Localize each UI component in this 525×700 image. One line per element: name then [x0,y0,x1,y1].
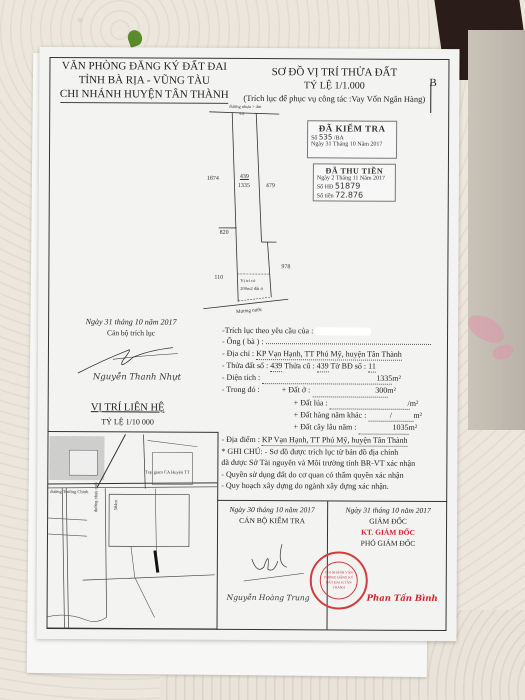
annual-value: / [368,410,413,423]
map-label-new-road: đường nhựa mới [93,482,98,512]
parcel-row: - Thửa đất số : 439 Thửa cũ : 439 Tờ BĐ … [222,360,447,373]
director-date: Ngày 31 tháng 10 năm 2017 [329,505,447,515]
checker-name: Nguyễn Hoàng Trung [227,593,310,602]
plot-parcel-area: 1335 [238,183,250,189]
annual-label: + Đất hàng năm khác : [294,410,367,419]
location-map: Trại giam CA Huyện TT đường Trường Chinh… [47,431,219,630]
province-name: TỈNH BÀ RỊA - VŨNG TÀU [54,73,234,88]
annual-unit: m² [413,411,422,420]
director-role: GIÁM ĐỐC [329,516,447,526]
owner-value [266,343,431,345]
document-title-block: SƠ ĐỒ VỊ TRÍ THỬA ĐẤT TỶ LỆ 1/1.000 (Trí… [229,66,439,106]
seal-text: CHI NHÁNH VĂN PHÒNG ĐĂNG KÝ ĐẤT ĐAI H.TÂ… [320,561,358,599]
location-value: KP Vạn Hạnh, TT Phú Mỹ, huyện Tân Thành [262,434,408,447]
checker-signature [242,539,312,584]
official-seal-icon: CHI NHÁNH VĂN PHÒNG ĐĂNG KÝ ĐẤT ĐAI H.TÂ… [310,551,368,609]
document-scale: TỶ LỆ 1/1.000 [229,79,439,93]
north-label: B [429,77,436,89]
perennial-value: 1035 [358,422,408,435]
office-name: VĂN PHÒNG ĐĂNG KÝ ĐẤT ĐAI [54,59,234,74]
rice-value: / [330,397,410,410]
old-parcel-value: 439 [317,360,329,372]
checker-date: Ngày 30 tháng 10 năm 2017 [217,505,327,515]
parcel-label: - Thửa đất số : [222,361,268,370]
residential-row: - Trong đó : + Đất ở : 300m² [222,384,447,397]
plot-neighbor-110: 110 [214,275,223,281]
address-label: - Địa chỉ : [222,348,254,357]
extractor-date: Ngày 31 tháng 10 năm 2017 [56,317,206,327]
plot-top-width: 9.8 [239,111,244,116]
old-parcel-label: Thửa cũ : [284,361,315,370]
land-plot-document: VĂN PHÒNG ĐĂNG KÝ ĐẤT ĐAI TỈNH BÀ RỊA - … [36,47,459,641]
area-unit: m² [392,374,401,383]
perennial-unit: m² [408,423,417,432]
address-row: - Địa chỉ : KP Vạn Hạnh, TT Phú Mỹ, huyệ… [222,347,447,360]
area-label: - Diện tích : [222,373,260,382]
parcel-value: 439 [270,360,282,372]
location-map-scale: TỶ LỆ 1/10 000 [58,417,198,427]
extractor-role: Cán bộ trích lục [56,328,206,338]
extractor-name: Nguyễn Thanh Nhựt [93,372,181,382]
signature-section: Ngày 30 tháng 10 năm 2017 CÁN BỘ KIỂM TR… [216,500,447,632]
plot-diagram: đường nhựa > 4m 9.8 1874 439 1335 479 82… [198,104,339,320]
plot-parcel-number: 439 [240,174,249,180]
address-value: KP Vạn Hạnh, TT Phú Mỹ, huyện Tân Thành [256,348,402,361]
residential-unit: m² [387,386,396,395]
director-kt: KT. GIÁM ĐỐC [329,527,447,537]
paid-stamp-amount: 72.876 [335,190,363,199]
rice-label: + Đất lúa : [294,398,328,407]
plot-note-line2: 200m2 đất ở [240,286,263,291]
plot-neighbor-978: 978 [281,264,290,270]
map-label-distance: 504m [113,500,118,510]
rice-unit: m² [410,399,419,408]
office-header: VĂN PHÒNG ĐĂNG KÝ ĐẤT ĐAI TỈNH BÀ RỊA - … [54,59,234,104]
in-which-label: - Trong đó : [222,385,260,394]
plot-road-label: đường nhựa > 4m [229,104,261,109]
rice-row: + Đất lúa : /m² [222,397,447,410]
location-map-drawing [47,432,218,630]
plot-note-line1: Vị trí có [240,278,255,283]
director-vice: PHÓ GIÁM ĐỐC [329,538,447,548]
redacted-name [315,328,371,336]
map-sheet-value: 11 [368,361,376,373]
plot-neighbor-820: 820 [220,230,229,236]
map-label-truong-chinh: đường Trường Chinh [50,489,88,494]
perennial-label: + Đất cây lâu năm : [294,423,357,432]
branch-name: CHI NHÁNH HUYỆN TÂN THÀNH [60,87,229,104]
plot-outline [198,104,339,320]
map-label-police: Trại giam CA Huyện TT [145,469,189,474]
perennial-row: + Đất cây lâu năm : 1035m² [222,421,447,434]
location-row: - Địa điểm : KP Vạn Hạnh, TT Phú Mỹ, huy… [221,434,446,447]
residential-label: + Đất ở : [282,386,311,395]
document-title: SƠ ĐỒ VỊ TRÍ THỬA ĐẤT [229,66,439,80]
location-map-title-text: VỊ TRÍ LIÊN HỆ [91,402,165,413]
location-map-title: VỊ TRÍ LIÊN HỆ [58,402,198,414]
owner-label: - Ông ( bà ) : [222,337,264,346]
plot-neighbor-1874: 1874 [207,176,219,182]
director-name: Phan Tấn Bình [367,594,438,604]
checker-column: Ngày 30 tháng 10 năm 2017 CÁN BỘ KIỂM TR… [217,501,329,630]
plot-neighbor-479: 479 [266,183,275,189]
residential-value: 300 [312,385,387,398]
annual-row: + Đất hàng năm khác : /m² [222,409,447,422]
background-paper-stack [468,30,525,430]
area-row: - Diện tích : 1335m² [222,372,447,385]
location-label: - Địa điểm : [221,435,259,444]
parcel-info-block: -Trích lục theo yêu cầu của : - Ông ( bà… [221,325,447,492]
note-line4: - Quy hoạch xây dựng do ngành xây dựng x… [221,480,446,492]
extractor-signature [73,345,183,376]
area-value: 1335 [262,372,392,385]
request-label: -Trích lục theo yêu cầu của : [222,326,313,335]
map-sheet-label: Tờ BĐ số : [331,361,367,370]
checker-role: CÁN BỘ KIỂM TRA [217,516,327,526]
director-column: Ngày 31 tháng 10 năm 2017 GIÁM ĐỐC KT. G… [329,501,447,548]
